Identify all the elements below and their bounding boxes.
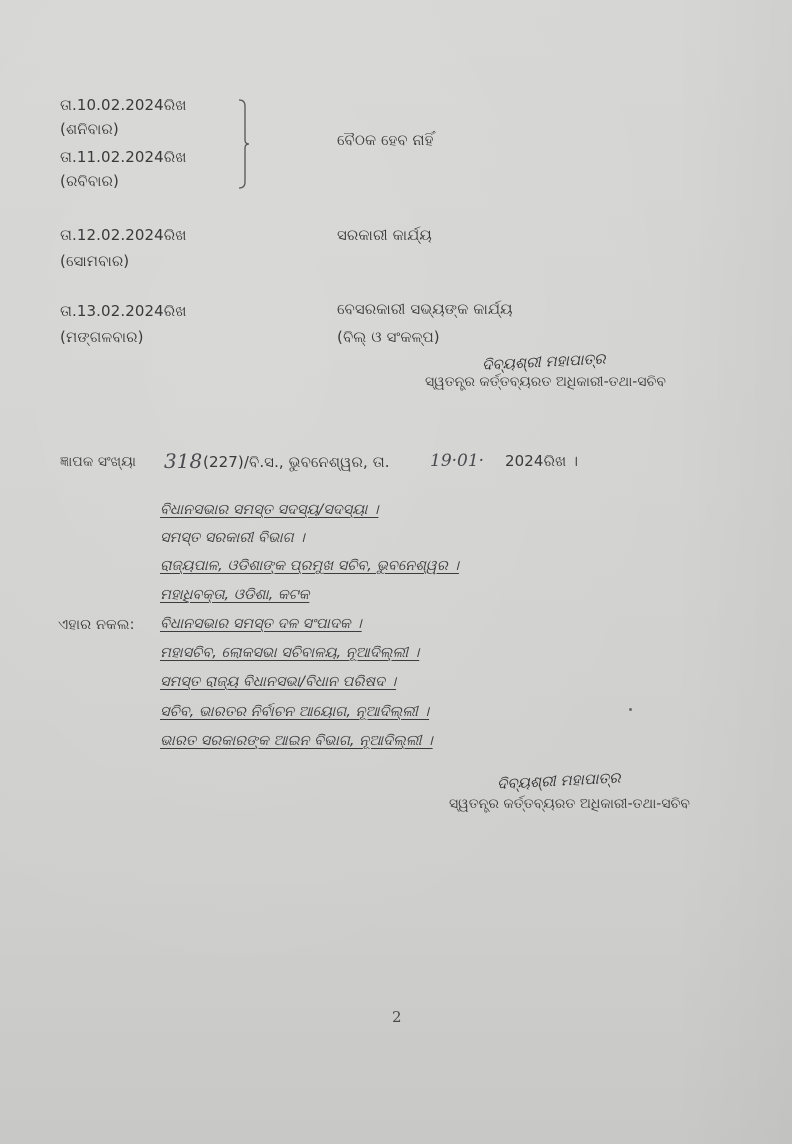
schedule-day-sun: (ରବିବାର) xyxy=(60,174,119,189)
recipient-item: ବିଧାନସଭାର ସମସ୍ତ ଦଳ ସଂପାଦକ । xyxy=(160,616,362,632)
memo-year: 2024ରିଖ । xyxy=(505,454,578,469)
schedule-day-tue: (ମଙ୍ଗଳବାର) xyxy=(60,330,144,345)
schedule-date-sat: ତା.10.02.2024ରିଖ xyxy=(60,98,187,113)
bills-resolutions-text: (ବିଲ୍ ଓ ସଂକଳ୍ପ) xyxy=(337,330,440,345)
private-members-business-text: ବେସରକାରୀ ସଭ୍ୟଙ୍କ କାର୍ଯ୍ୟ xyxy=(337,302,513,317)
schedule-day-mon: (ସୋମବାର) xyxy=(60,254,129,269)
recipient-item: ସମସ୍ତ ସରକାରୀ ବିଭାଗ । xyxy=(160,530,305,546)
recipient-item: ସମସ୍ତ ରାଜ୍ୟ ବିଧାନସଭା/ବିଧାନ ପରିଷଦ । xyxy=(160,674,396,690)
recipient-item: ରାଜ୍ୟପାଳ, ଓଡିଶାଙ୍କ ପ୍ରମୁଖ ସଚିବ, ଭୁବନେଶ୍ୱ… xyxy=(160,558,459,574)
schedule-date-sun: ତା.11.02.2024ରିଖ xyxy=(60,150,187,165)
recipient-item: ବିଧାନସଭାର ସମସ୍ତ ସଦସ୍ୟ/ସଦସ୍ୟା । xyxy=(160,502,379,518)
paper-speck xyxy=(629,708,632,711)
recipient-item: ମହାଧିବକ୍ତା, ଓଡିଶା, କଟକ xyxy=(160,587,309,603)
recipient-item: ଭାରତ ସରକାରଙ୍କ ଆଇନ ବିଭାଗ, ନୂଆଦିଲ୍ଲୀ । xyxy=(160,733,433,749)
schedule-date-tue: ତା.13.02.2024ରିଖ xyxy=(60,304,187,319)
schedule-day-sat: (ଶନିବାର) xyxy=(60,122,119,137)
recipient-item: ମହାସଚିବ, ଲୋକସଭା ସଚିବାଳୟ, ନୂଆଦିଲ୍ଲୀ । xyxy=(160,645,419,661)
memo-reference: (227)/ବି.ସ., ଭୁବନେଶ୍ୱର, ତା. xyxy=(203,455,390,470)
recipient-item: ସଚିବ, ଭାରତର ନିର୍ବାଚନ ଆୟୋଗ, ନୂଆଦିଲ୍ଲୀ । xyxy=(160,704,429,720)
memo-date-handwritten: 19·01· xyxy=(430,451,484,471)
no-sitting-text: ବୈଠକ ହେବ ନାହିଁ xyxy=(337,133,434,148)
signatory-designation: ସ୍ୱତନ୍ତ୍ର କର୍ତ୍ତବ୍ୟରତ ଅଧିକାରୀ-ତଥା-ସଚିବ xyxy=(449,796,690,812)
signature-scribble: ଦିବ୍ୟଶ୍ରୀ ମହାପାତ୍ର xyxy=(482,350,606,374)
memo-number-label: ଜ୍ଞାପକ ସଂଖ୍ୟା xyxy=(60,455,136,469)
copy-to-label: ଏହାର ନକଲ: xyxy=(58,618,135,633)
government-business-text: ସରକାରୀ କାର୍ଯ୍ୟ xyxy=(337,228,432,243)
curly-brace-icon xyxy=(234,98,254,190)
signatory-designation: ସ୍ୱତନ୍ତ୍ର କର୍ତ୍ତବ୍ୟରତ ଅଧିକାରୀ-ତଥା-ସଚିବ xyxy=(425,374,666,390)
schedule-date-mon: ତା.12.02.2024ରିଖ xyxy=(60,228,187,243)
signature-scribble: ଦିବ୍ୟଶ୍ରୀ ମହାପାତ୍ର xyxy=(497,769,621,793)
page-number: 2 xyxy=(392,1008,402,1026)
memo-number-handwritten: 318 xyxy=(164,449,202,473)
